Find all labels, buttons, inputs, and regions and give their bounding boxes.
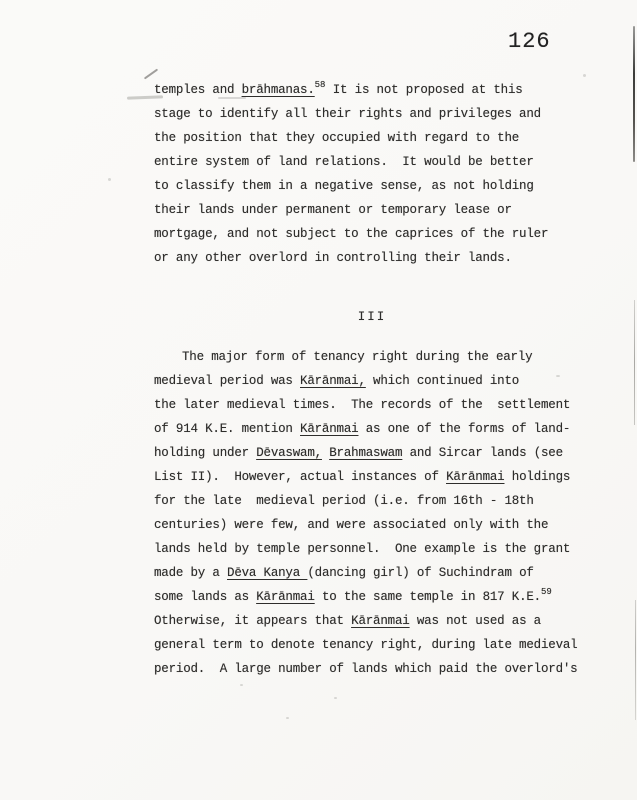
text-segment: holding under (154, 446, 256, 460)
underlined-term: Dēvaswam, (256, 446, 322, 460)
scan-artifact-speck (334, 697, 337, 699)
scan-artifact-speck (240, 684, 243, 686)
section-heading: III (154, 305, 578, 329)
text-line: Otherwise, it appears that Kārānmai was … (154, 609, 578, 633)
text-segment: The major form of tenancy right during t… (182, 350, 532, 364)
text-line: for the late medieval period (i.e. from … (154, 489, 578, 513)
text-line: to classify them in a negative sense, as… (154, 174, 578, 198)
text-line: of 914 K.E. mention Kārānmai as one of t… (154, 417, 578, 441)
text-segment: and Sircar lands (see (402, 446, 563, 460)
text-segment: as one of the forms of land- (358, 422, 570, 436)
underlined-term: Kārānmai, (300, 374, 366, 388)
text-segment: some lands as (154, 590, 256, 604)
text-segment: was not used as a (410, 614, 541, 628)
underlined-term: Dēva Kanya (227, 566, 307, 580)
text-segment: their lands under permanent or temporary… (154, 203, 512, 217)
text-line: the later medieval times. The records of… (154, 393, 578, 417)
scanned-document-page: 126 temples and brāhmanas.58 It is not p… (0, 0, 637, 800)
footnote-reference: 59 (541, 587, 552, 597)
text-line: temples and brāhmanas.58 It is not propo… (154, 78, 578, 102)
text-segment: for the late medieval period (i.e. from … (154, 494, 534, 508)
text-segment: lands held by temple personnel. One exam… (154, 542, 570, 556)
scan-artifact-speck (286, 717, 289, 719)
underlined-term: Kārānmai (351, 614, 409, 628)
scan-artifact-edge-line (635, 600, 636, 720)
text-line: general term to denote tenancy right, du… (154, 633, 578, 657)
text-block: temples and brāhmanas.58 It is not propo… (154, 78, 578, 681)
text-segment: stage to identify all their rights and p… (154, 107, 541, 121)
page-number: 126 (508, 29, 551, 54)
text-line: The major form of tenancy right during t… (154, 345, 578, 369)
text-line: stage to identify all their rights and p… (154, 102, 578, 126)
text-segment: to classify them in a negative sense, as… (154, 179, 534, 193)
underlined-term: Kārānmai (256, 590, 314, 604)
scan-artifact-edge-line (633, 26, 635, 162)
text-segment: (dancing girl) of Suchindram of (307, 566, 533, 580)
text-segment: holdings (504, 470, 570, 484)
text-segment: period. A large number of lands which pa… (154, 662, 577, 676)
text-segment: mortgage, and not subject to the caprice… (154, 227, 548, 241)
text-segment: which continued into (366, 374, 519, 388)
text-segment: general term to denote tenancy right, du… (154, 638, 577, 652)
text-segment: Otherwise, it appears that (154, 614, 351, 628)
text-line: some lands as Kārānmai to the same templ… (154, 585, 578, 609)
underlined-term: Kārānmai (300, 422, 358, 436)
paragraph: The major form of tenancy right during t… (154, 345, 578, 681)
text-line: the position that they occupied with reg… (154, 126, 578, 150)
text-segment: It is not proposed at this (325, 83, 522, 97)
text-line: lands held by temple personnel. One exam… (154, 537, 578, 561)
text-segment: of 914 K.E. mention (154, 422, 300, 436)
text-segment: the later medieval times. The records of… (154, 398, 570, 412)
text-line: medieval period was Kārānmai, which cont… (154, 369, 578, 393)
text-segment: List II). However, actual instances of (154, 470, 446, 484)
scan-artifact-edge-line (634, 300, 635, 425)
text-segment: the position that they occupied with reg… (154, 131, 519, 145)
text-line: mortgage, and not subject to the caprice… (154, 222, 578, 246)
text-segment: entire system of land relations. It woul… (154, 155, 534, 169)
text-segment: to the same temple in 817 K.E. (315, 590, 541, 604)
text-line: centuries) were few, and were associated… (154, 513, 578, 537)
text-segment: medieval period was (154, 374, 300, 388)
text-line: made by a Dēva Kanya (dancing girl) of S… (154, 561, 578, 585)
text-line: List II). However, actual instances of K… (154, 465, 578, 489)
text-line: their lands under permanent or temporary… (154, 198, 578, 222)
scan-artifact-speck (583, 74, 586, 77)
text-line: or any other overlord in controlling the… (154, 246, 578, 270)
footnote-reference: 58 (315, 80, 326, 90)
text-segment: centuries) were few, and were associated… (154, 518, 548, 532)
text-line: period. A large number of lands which pa… (154, 657, 578, 681)
underlined-term: Brahmaswam (329, 446, 402, 460)
underlined-term: brāhmanas. (242, 83, 315, 97)
text-line: holding under Dēvaswam, Brahmaswam and S… (154, 441, 578, 465)
paragraph: temples and brāhmanas.58 It is not propo… (154, 78, 578, 270)
text-segment: or any other overlord in controlling the… (154, 251, 512, 265)
text-segment: temples and (154, 83, 242, 97)
text-segment: made by a (154, 566, 227, 580)
text-line: entire system of land relations. It woul… (154, 150, 578, 174)
underlined-term: Kārānmai (446, 470, 504, 484)
scan-artifact-speck (108, 178, 111, 181)
